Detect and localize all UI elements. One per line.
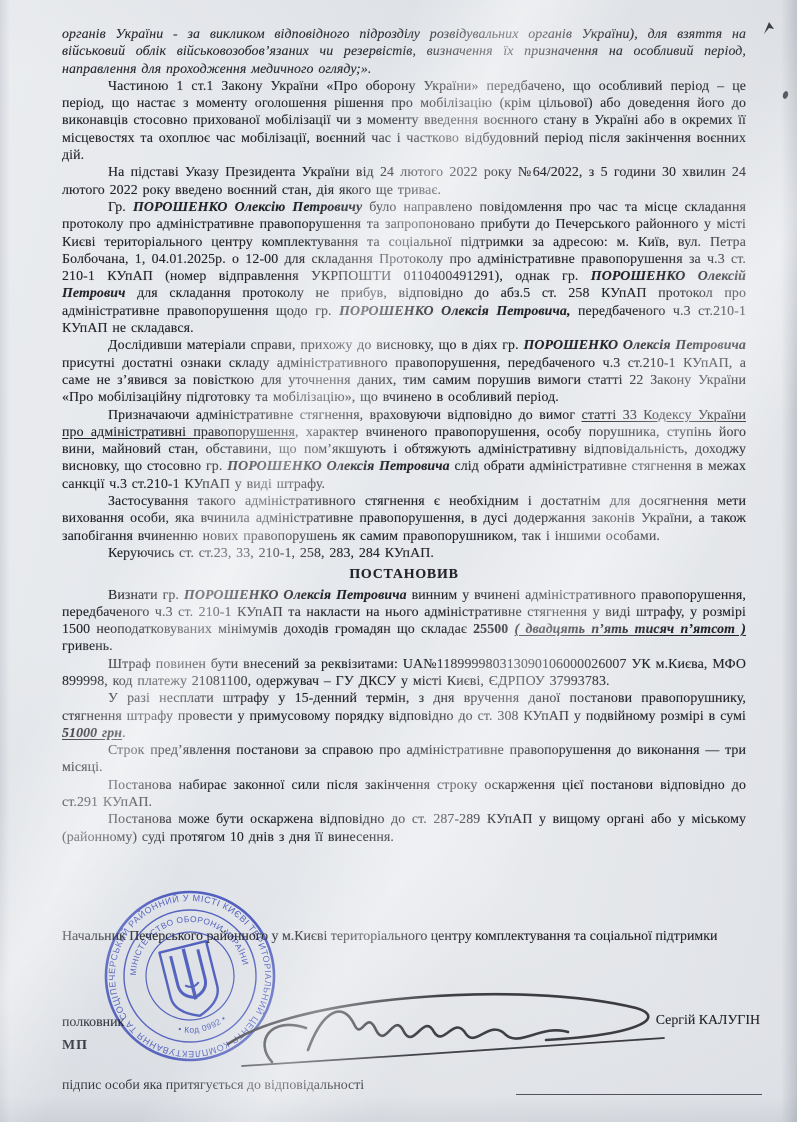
offender-signature-line [516,1094,762,1095]
martial-law-decree: На підставі Указу Президента України від… [62,164,746,199]
intro-continuation: органів України - за викликом відповідно… [62,26,746,78]
justification-paragraph: Застосування такого адміністративного ст… [62,493,746,545]
ruling-paragraph: Визнати гр. ПОРОШЕНКО Олексія Петровича … [62,587,746,656]
enforcement-term: Строк пред’явлення постанови за справою … [62,742,746,777]
seal-place-label: МП [62,1037,88,1055]
payment-details: Штраф повинен бути внесений за реквізита… [62,656,746,691]
document-body: органів України - за викликом відповідно… [62,26,746,846]
notification-paragraph: Гр. ПОРОШЕНКО Олексію Петровичу було нап… [62,199,746,337]
penalty-consideration: Призначаючи адміністративне стягнення, в… [62,407,746,493]
scan-artifact-mark [760,20,778,38]
offender-signature-caption: підпис особи яка притягується до відпові… [62,1077,364,1095]
law-defense-definition: Частиною 1 ст.1 Закону України «Про обор… [62,78,746,164]
handwritten-signature [212,980,686,1076]
entry-into-force: Постанова набирає законної сили після за… [62,777,746,812]
appeal-paragraph: Постанова може бути оскаржена відповідно… [62,811,746,846]
scanned-document-page: органів України - за викликом відповідно… [0,0,797,1122]
non-payment-paragraph: У разі несплати штрафу у 15-денний термі… [62,690,746,742]
findings-paragraph: Дослідивши матеріали справи, прихожу до … [62,337,746,406]
resolution-heading: ПОСТАНОВИВ [62,566,746,583]
scan-artifact-dot [782,90,789,99]
legal-basis: Керуючись ст. ст.23, 33, 210-1, 258, 283… [62,545,746,562]
